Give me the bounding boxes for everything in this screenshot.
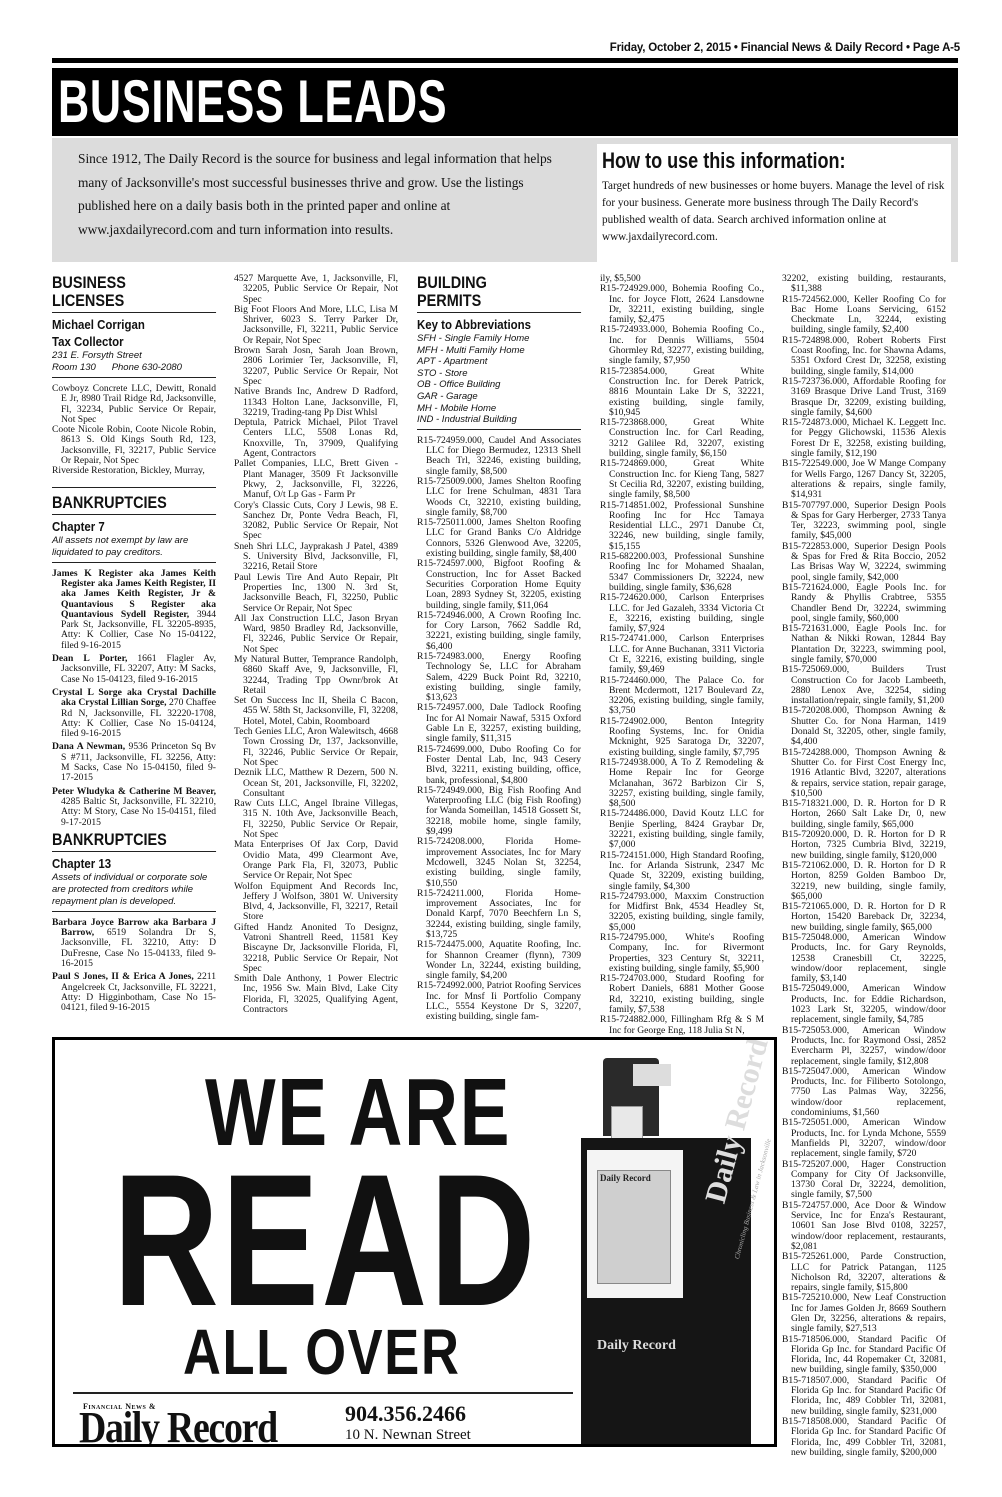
permit-entry: R15-724898.000, Robert Roberts First Coa… — [782, 336, 946, 377]
permit-entry: R15-723868.000, Great White Construction… — [600, 418, 764, 459]
abbreviation: MH - Mobile Home — [417, 403, 581, 415]
divider — [417, 429, 581, 430]
permit-entry: R15-724946.000, A Crown Roofing Inc. for… — [417, 611, 581, 652]
permit-entry: B15-718506.000, Standard Pacific Of Flor… — [782, 1335, 946, 1376]
newspaper-title: Daily Record — [600, 1173, 651, 1183]
building-permits-title-1: BUILDING — [417, 274, 581, 292]
permit-entry: B15-721062.000, D. R. Horton for D R Hor… — [782, 861, 946, 902]
abbreviation: SFH - Single Family Home — [417, 333, 581, 345]
divider — [52, 377, 216, 378]
permit-entry: B15-724288.000, Thompson Awning & Shutte… — [782, 748, 946, 799]
column-4: ily, $5,500 R15-724929.000, Bohemia Roof… — [600, 274, 764, 1036]
permit-entry: B15-721065.000, D. R. Horton for D R Hor… — [782, 902, 946, 933]
license-entry: Set On Success Inc II, Sheila C Bacon, 4… — [234, 696, 398, 727]
bankruptcy-entry: Barbara Joyce Barrow aka Barbara J Barro… — [52, 918, 216, 969]
license-entry: Gifted Handz Anonited To Designz, Vatron… — [234, 923, 398, 974]
price-tag — [633, 1064, 671, 1086]
permit-entry: B15-720920.000, D. R. Horton for D R Hor… — [782, 830, 946, 861]
license-entry: 4527 Marquette Ave, 1, Jacksonville, Fl,… — [234, 274, 398, 305]
permit-entry: R15-724597.000, Bigfoot Roofing & Constr… — [417, 559, 581, 610]
bankruptcy-entry: Dean L Porter, 1661 Flagler Av, Jacksonv… — [52, 654, 216, 685]
permit-entry: B15-725210.000, New Leaf Construction In… — [782, 1293, 946, 1334]
license-entry: Wolfon Equipment And Records Inc, Jeffer… — [234, 882, 398, 923]
divider — [52, 562, 216, 563]
permit-entry: R15-725009.000, James Shelton Roofing LL… — [417, 477, 581, 518]
permit-entry: R15-723736.000, Affordable Roofing for 3… — [782, 377, 946, 418]
permit-entry: R15-724933.000, Bohemia Roofing Co., Inc… — [600, 325, 764, 366]
office-room: Room 130 — [52, 362, 96, 373]
permit-entry: R15-724959.000, Caudel And Associates LL… — [417, 436, 581, 477]
masthead: BUSINESS LEADS — [52, 68, 958, 136]
box-front-logo: Daily Record — [597, 1338, 676, 1354]
business-licenses-title-2: LICENSES — [52, 292, 216, 313]
permit-entry: B15-725049.000, American Window Products… — [782, 984, 946, 1025]
permit-entry: R15-724793.000, Maxxim Construction for … — [600, 892, 764, 933]
permit-entry: R15-724938.000, A To Z Remodeling & Home… — [600, 758, 764, 809]
bankruptcy-entry: James K Register aka James Keith Registe… — [52, 569, 216, 651]
chapter-7-note: All assets not exempt by law are liquida… — [52, 535, 216, 559]
bankruptcy-entry: Dana A Newman, 9536 Princeton Sq Bv S #7… — [52, 742, 216, 783]
permit-entry: B15-724757.000, Ace Door & Window Servic… — [782, 1201, 946, 1252]
abbreviation: APT - Apartment — [417, 356, 581, 368]
chapter-7-label: Chapter 7 — [52, 518, 196, 535]
bankruptcy-entry: Peter Wludyka & Catherine M Beaver, 4285… — [52, 787, 216, 828]
permit-entry: B15-725069.000, Builders Trust Construct… — [782, 665, 946, 706]
permit-entry: B15-725051.000, American Window Products… — [782, 1118, 946, 1159]
building-permits-title-2: PERMITS — [417, 292, 581, 313]
office-address: 231 E. Forsyth Street — [52, 350, 216, 362]
license-entry: My Natural Butter, Temprance Randolph, 6… — [234, 655, 398, 696]
official-title: Tax Collector — [52, 333, 196, 350]
permit-entry: R15-682200.003, Professional Sunshine Ro… — [600, 552, 764, 593]
ad-phone: 904.356.2466 — [345, 1402, 466, 1426]
permit-entry: B15-721624.000, Eagle Pools Inc. for Ran… — [782, 583, 946, 624]
permit-entry: R15-724211.000, Florida Home-improvement… — [417, 889, 581, 940]
license-entry: Deznik LLC, Matthew R Dezern, 500 N. Oce… — [234, 768, 398, 799]
permit-entry: 32202, existing building, restaurants, $… — [782, 274, 946, 295]
official-name: Michael Corrigan — [52, 316, 196, 333]
abbreviation: OB - Office Building — [417, 379, 581, 391]
permit-entry: R15-724460.000, The Palace Co. for Brent… — [600, 676, 764, 717]
box-window: Daily Record — [587, 1150, 683, 1298]
permit-entry: R15-725011.000, James Shelton Roofing LL… — [417, 518, 581, 559]
newspaper-in-window: Daily Record — [597, 1170, 671, 1284]
column-5: 32202, existing building, restaurants, $… — [782, 274, 946, 1458]
business-licenses-title-1: BUSINESS — [52, 274, 216, 292]
ad-divider — [73, 1392, 573, 1394]
license-entry: Paul Lewis Tire And Auto Repair, Plt Pro… — [234, 573, 398, 614]
permit-entry: R15-724562.000, Keller Roofing Co for Ba… — [782, 295, 946, 336]
permit-entry: R15-724929.000, Bohemia Roofing Co., Inc… — [600, 284, 764, 325]
permit-entry: R15-724873.000, Michael K. Leggett Inc. … — [782, 418, 946, 459]
permit-entry: R15-724957.000, Dale Tadlock Roofing Inc… — [417, 703, 581, 744]
license-entry: Pallet Companies, LLC, Brett Given - Pla… — [234, 459, 398, 500]
license-entry: Cory's Classic Cuts, Cory J Lewis, 98 E.… — [234, 501, 398, 542]
bankruptcies-ch7-title: BANKRUPTCIES — [52, 494, 216, 515]
license-entry: Brown Sarah Josn, Sarah Joan Brown, 2806… — [234, 346, 398, 387]
abbreviation: STO - Store — [417, 368, 581, 380]
dateline: Friday, October 2, 2015 • Financial News… — [560, 42, 960, 54]
permit-entry: B15-718507.000, Standard Pacific Of Flor… — [782, 1376, 946, 1417]
license-entry: Sneh Shri LLC, Jayprakash J Patel, 4389 … — [234, 542, 398, 573]
newspaper-box-image: Daily Record Daily Record Chronicling Bu… — [581, 1058, 751, 1447]
permit-entry: R15-724620.000, Carlson Enterprises LLC.… — [600, 593, 764, 634]
column-1: BUSINESS LICENSES Michael Corrigan Tax C… — [52, 274, 216, 1016]
how-to-title: How to use this information: — [602, 148, 846, 174]
divider — [52, 911, 216, 912]
license-entry: Raw Cuts LLC, Angel Ibraine Villegas, 31… — [234, 799, 398, 840]
ad-headline-read: READ — [113, 1150, 538, 1330]
license-entry: Cowboyz Concrete LLC, Dewitt, Ronald E J… — [52, 384, 216, 425]
permit-entry: B15-722853.000, Superior Design Pools & … — [782, 542, 946, 583]
permit-entry: R15-723854.000, Great White Construction… — [600, 367, 764, 418]
abbreviation: GAR - Garage — [417, 391, 581, 403]
daily-record-advertisement[interactable]: WE ARE READ ALL OVER Financial News & Da… — [52, 1037, 777, 1447]
permit-entry: R15-724992.000, Patriot Roofing Services… — [417, 981, 581, 1022]
permit-entry: R15-724486.000, David Koutz LLC for Benj… — [600, 809, 764, 850]
license-entry: Mata Enterprises Of Jax Corp, David Ovid… — [234, 840, 398, 881]
box-body: Daily Record Daily Record Chronicling Bu… — [581, 1138, 751, 1447]
permit-entry: B15-725047.000, American Window Products… — [782, 1067, 946, 1118]
office-room-phone: Room 130 Phone 630-2080 — [52, 362, 216, 374]
bankruptcy-entry: Crystal L Sorge aka Crystal Dachille aka… — [52, 688, 216, 739]
bankruptcy-entry: Paul S Jones, II & Erica A Jones, 2211 A… — [52, 972, 216, 1013]
box-side-logo: Daily Record — [699, 1037, 776, 1207]
license-entry: All Jax Construction LLC, Jason Bryan Wa… — [234, 614, 398, 655]
permit-entry: R15-724869.000, Great White Construction… — [600, 459, 764, 500]
ad-address-line2: Jacksonville, FL 32202 — [345, 1444, 485, 1447]
permit-entry: B15-721631.000, Eagle Pools Inc. for Nat… — [782, 624, 946, 665]
column-3: BUILDING PERMITS Key to Abbreviations SF… — [417, 274, 581, 1023]
abbreviation: IND - Industrial Building — [417, 414, 581, 426]
license-entry: Native Brands Inc, Andrew D Radford, 113… — [234, 387, 398, 418]
permit-entry: R15-724949.000, Big Fish Roofing And Wat… — [417, 786, 581, 837]
daily-record-logo: Daily Record — [79, 1406, 277, 1447]
office-phone: Phone 630-2080 — [112, 362, 182, 373]
permit-entry: R15-724208.000, Florida Home-improvement… — [417, 837, 581, 888]
permit-entry: B15-707797.000, Superior Design Pools & … — [782, 501, 946, 542]
permit-entry: B15-725053.000, American Window Products… — [782, 1026, 946, 1067]
key-abbreviations-title: Key to Abbreviations — [417, 316, 561, 333]
permit-entry: R15-714851.002, Professional Sunshine Ro… — [600, 501, 764, 552]
license-entry: Smith Dale Anthony, 1 Power Electric Inc… — [234, 974, 398, 1015]
box-handle — [611, 1106, 643, 1142]
top-rule — [52, 58, 958, 63]
page-title: BUSINESS LEADS — [58, 70, 447, 134]
license-entry: Tech Genies LLC, Aron Walewitsch, 4668 T… — [234, 727, 398, 768]
column-2: 4527 Marquette Ave, 1, Jacksonville, Fl,… — [234, 274, 398, 1015]
permit-entry: B15-725207.000, Hager Construction Compa… — [782, 1160, 946, 1201]
license-entry: Riverside Restoration, Bickley, Murray, — [52, 466, 216, 476]
chapter-13-note: Assets of individual or corporate sole a… — [52, 872, 216, 908]
divider — [52, 487, 216, 488]
how-to-box: How to use this information: Target hund… — [597, 144, 951, 262]
permit-entry: R15-724902.000, Benton Integrity Roofing… — [600, 717, 764, 758]
license-entry: Big Foot Floors And More, LLC, Lisa M Sh… — [234, 305, 398, 346]
how-to-text: Target hundreds of new businesses or hom… — [602, 178, 947, 246]
intro-text: Since 1912, The Daily Record is the sour… — [78, 147, 578, 241]
permit-entry: B15-720208.000, Thompson Awning & Shutte… — [782, 706, 946, 747]
ad-address-line1: 10 N. Newnan Street — [345, 1426, 471, 1444]
ad-headline-all-over: ALL OVER — [183, 1320, 460, 1384]
chapter-13-label: Chapter 13 — [52, 855, 196, 872]
permit-entry: B15-725261.000, Parde Construction, LLC … — [782, 1252, 946, 1293]
permit-entry: R15-724151.000, High Standard Roofing, I… — [600, 851, 764, 892]
bankruptcies-ch13-title: BANKRUPTCIES — [52, 831, 216, 852]
permit-entry: B15-718321.000, D. R. Horton for D R Hor… — [782, 799, 946, 830]
license-entry: Coote Nicole Robin, Coote Nicole Robin, … — [52, 425, 216, 466]
license-entry: Deptula, Patrick Michael, Pilot Travel C… — [234, 418, 398, 459]
permit-entry: B15-725048.000, American Window Products… — [782, 933, 946, 984]
permit-entry: R15-724983.000, Energy Roofing Technolog… — [417, 652, 581, 703]
permit-entry: R15-724882.000, Fillingham Rfg & S M Inc… — [600, 1015, 764, 1036]
permit-entry: R15-724741.000, Carlson Enterprises LLC.… — [600, 634, 764, 675]
permit-entry: R15-724699.000, Dubo Roofing Co for Fost… — [417, 745, 581, 786]
permit-entry: R15-724475.000, Aquatite Roofing, Inc. f… — [417, 940, 581, 981]
permit-entry: R15-724703.000, Studard Roofing for Robe… — [600, 974, 764, 1015]
permit-entry: B15-718508.000, Standard Pacific Of Flor… — [782, 1417, 946, 1458]
intro-panel: Since 1912, The Daily Record is the sour… — [52, 138, 958, 262]
permit-entry: B15-722549.000, Joe W Mange Company for … — [782, 459, 946, 500]
abbreviation: MFH - Multi Family Home — [417, 345, 581, 357]
permit-entry: R15-724795.000, White's Roofing Company,… — [600, 933, 764, 974]
